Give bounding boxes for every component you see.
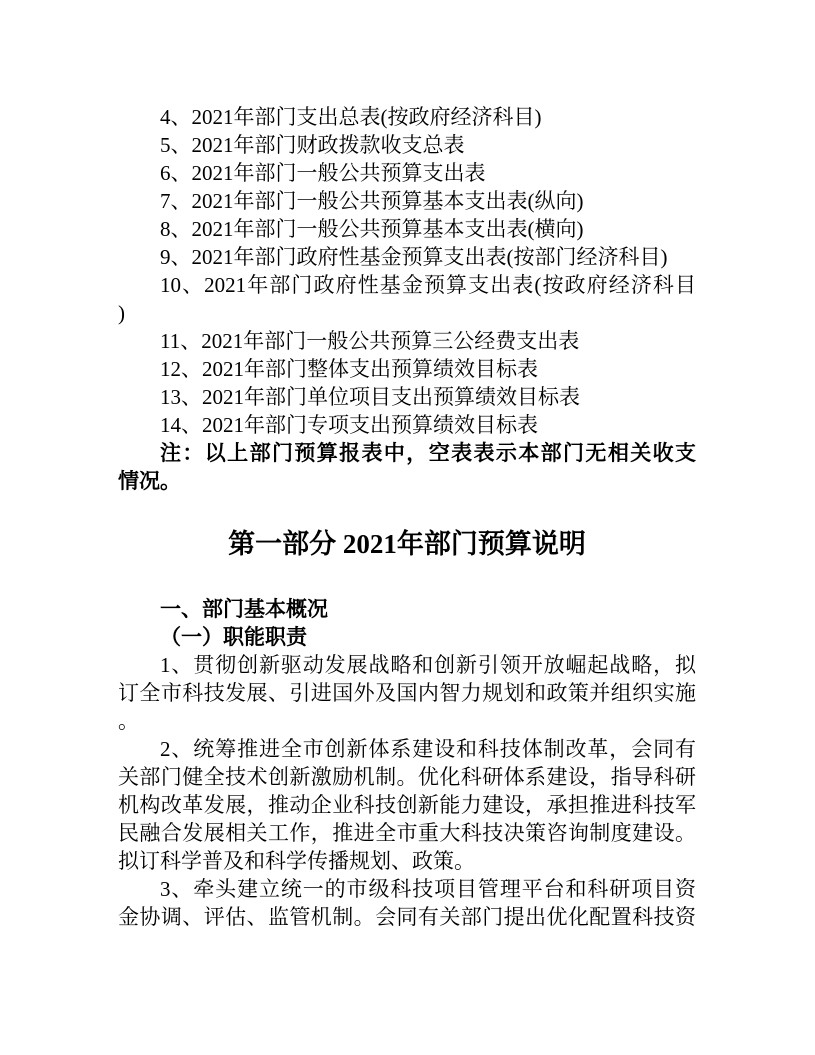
table-list-line: 13、2021年部门单位项目支出预算绩效目标表	[118, 383, 696, 411]
table-list-line: 7、2021年部门一般公共预算基本支出表(纵向)	[118, 187, 696, 215]
table-list-line: 8、2021年部门一般公共预算基本支出表(横向)	[118, 215, 696, 243]
table-list-line: 6、2021年部门一般公共预算支出表	[118, 159, 696, 187]
table-list-line: 4、2021年部门支出总表(按政府经济科目)	[118, 103, 696, 131]
paragraph-line: 3、牵头建立统一的市级科技项目管理平台和科研项目资	[118, 875, 696, 903]
paragraph-line: 民融合发展相关工作，推进全市重大科技决策咨询制度建设。	[118, 819, 696, 847]
note-line: 情况。	[118, 467, 696, 495]
table-list-line-wrap: )	[118, 299, 696, 327]
paragraph-line: 订全市科技发展、引进国外及国内智力规划和政策并组织实施	[118, 679, 696, 707]
part-heading: 第一部分 2021年部门预算说明	[118, 523, 696, 565]
section-heading: 一、部门基本概况	[118, 595, 696, 623]
table-list-line: 5、2021年部门财政拨款收支总表	[118, 131, 696, 159]
paragraph-line: 机构改革发展，推动企业科技创新能力建设，承担推进科技军	[118, 791, 696, 819]
paragraph-line: 1、贯彻创新驱动发展战略和创新引领开放崛起战略，拟	[118, 651, 696, 679]
paragraph-line: 关部门健全技术创新激励机制。优化科研体系建设，指导科研	[118, 763, 696, 791]
subsection-heading: （一）职能职责	[118, 623, 696, 651]
table-list-line: 9、2021年部门政府性基金预算支出表(按部门经济科目)	[118, 243, 696, 271]
note-line: 注：以上部门预算报表中，空表表示本部门无相关收支	[118, 439, 696, 467]
paragraph-line: 金协调、评估、监管机制。会同有关部门提出优化配置科技资	[118, 903, 696, 931]
table-list-line: 10、2021年部门政府性基金预算支出表(按政府经济科目	[118, 271, 696, 299]
table-list-line: 11、2021年部门一般公共预算三公经费支出表	[118, 327, 696, 355]
paragraph-line: 。	[118, 707, 696, 735]
document-page: 4、2021年部门支出总表(按政府经济科目) 5、2021年部门财政拨款收支总表…	[0, 0, 815, 1055]
table-list-line: 12、2021年部门整体支出预算绩效目标表	[118, 355, 696, 383]
table-list-line: 14、2021年部门专项支出预算绩效目标表	[118, 411, 696, 439]
paragraph-line: 2、统筹推进全市创新体系建设和科技体制改革，会同有	[118, 735, 696, 763]
paragraph-line: 拟订科学普及和科学传播规划、政策。	[118, 847, 696, 875]
